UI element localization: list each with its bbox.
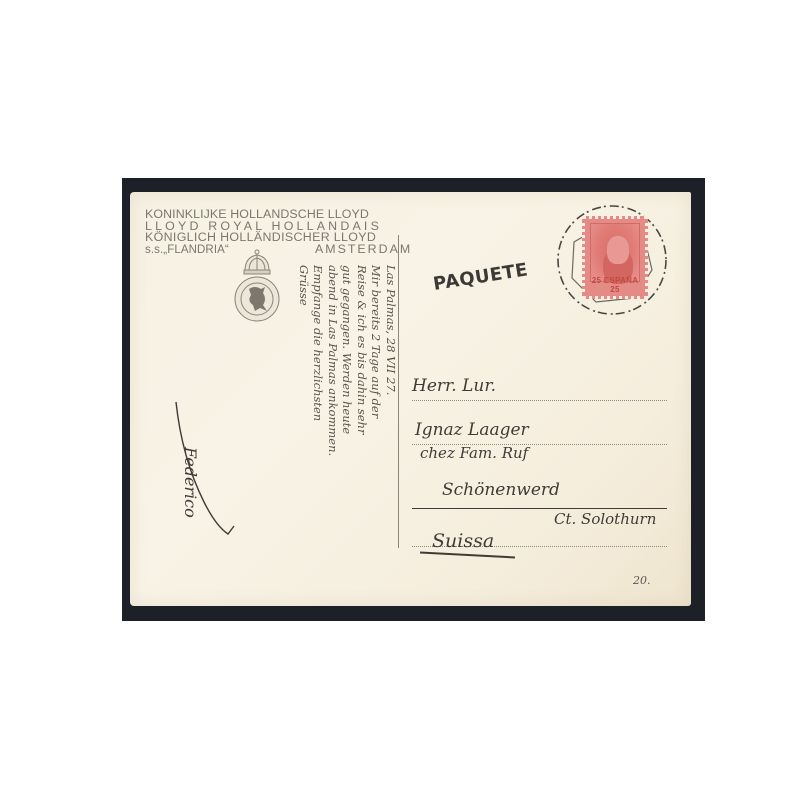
paquete-handstamp: PAQUETE	[432, 259, 530, 295]
handwritten-message: Las Palmas, 28 VII 27. Mir bereits 2 Tag…	[230, 265, 398, 585]
message-line: Las Palmas, 28 VII 27.	[384, 265, 399, 585]
message-line: Grüsse	[297, 265, 312, 585]
king-portrait-icon	[607, 236, 629, 264]
ship-name: s.s.„FLANDRIA“	[145, 244, 229, 256]
address-rule	[412, 400, 667, 401]
message-line: gut gegangen. Werden heute	[340, 265, 355, 585]
address-rule	[412, 508, 667, 509]
message-line: Empfange die herzlichsten	[311, 265, 326, 585]
address-town: Schönenwerd	[442, 480, 560, 500]
signature: Federico	[181, 447, 200, 518]
message-line: abend in Las Palmas ankommen.	[326, 265, 341, 585]
message-line: Reise & ich es bis dahin sehr	[355, 265, 370, 585]
address-salutation: Herr. Lur.	[412, 376, 496, 396]
address-divider	[398, 235, 399, 548]
address-canton: Ct. Solothurn	[554, 510, 656, 528]
postage-stamp: 25 ESPAÑA 25	[582, 216, 648, 299]
postcard: KONINKLIJKE HOLLANDSCHE LLOYD LLOYD ROYA…	[130, 192, 691, 606]
pencil-price-note: 20.	[633, 574, 651, 587]
stamp-value: 25 ESPAÑA 25	[588, 276, 642, 294]
address-recipient: Ignaz Laager	[415, 420, 529, 440]
country-underline	[420, 552, 515, 559]
address-care-of: chez Fam. Ruf	[420, 444, 528, 462]
stamp-portrait-frame	[590, 223, 640, 282]
message-line: Mir bereits 2 Tage auf der	[369, 265, 384, 585]
address-country: Suissa	[432, 530, 494, 552]
